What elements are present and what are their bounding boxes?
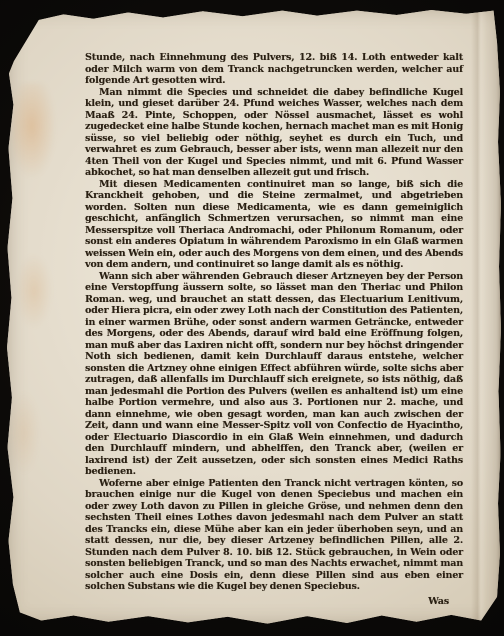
photographed-document: Stunde, nach Einnehmung des Pulvers, 12.… (0, 0, 504, 636)
paper-fold-shadow (471, 5, 487, 628)
paragraph: Man nimmt die Species und schneidet die … (85, 87, 463, 179)
paragraph: Woferne aber einige Patienten den Tranck… (85, 478, 463, 593)
foxing-stain (8, 391, 40, 475)
catchword: Was (85, 596, 463, 608)
paragraph: Wann sich aber währenden Gebrauch dieser… (85, 271, 463, 478)
foxing-stain (16, 253, 52, 329)
foxing-stain (12, 83, 56, 179)
paper-sheet: Stunde, nach Einnehmung des Pulvers, 12.… (4, 5, 501, 628)
text-block: Stunde, nach Einnehmung des Pulvers, 12.… (85, 52, 463, 607)
paragraph: Stunde, nach Einnehmung des Pulvers, 12.… (85, 52, 463, 87)
paragraph: Mit diesen Medicamenten continuiret man … (85, 179, 463, 271)
